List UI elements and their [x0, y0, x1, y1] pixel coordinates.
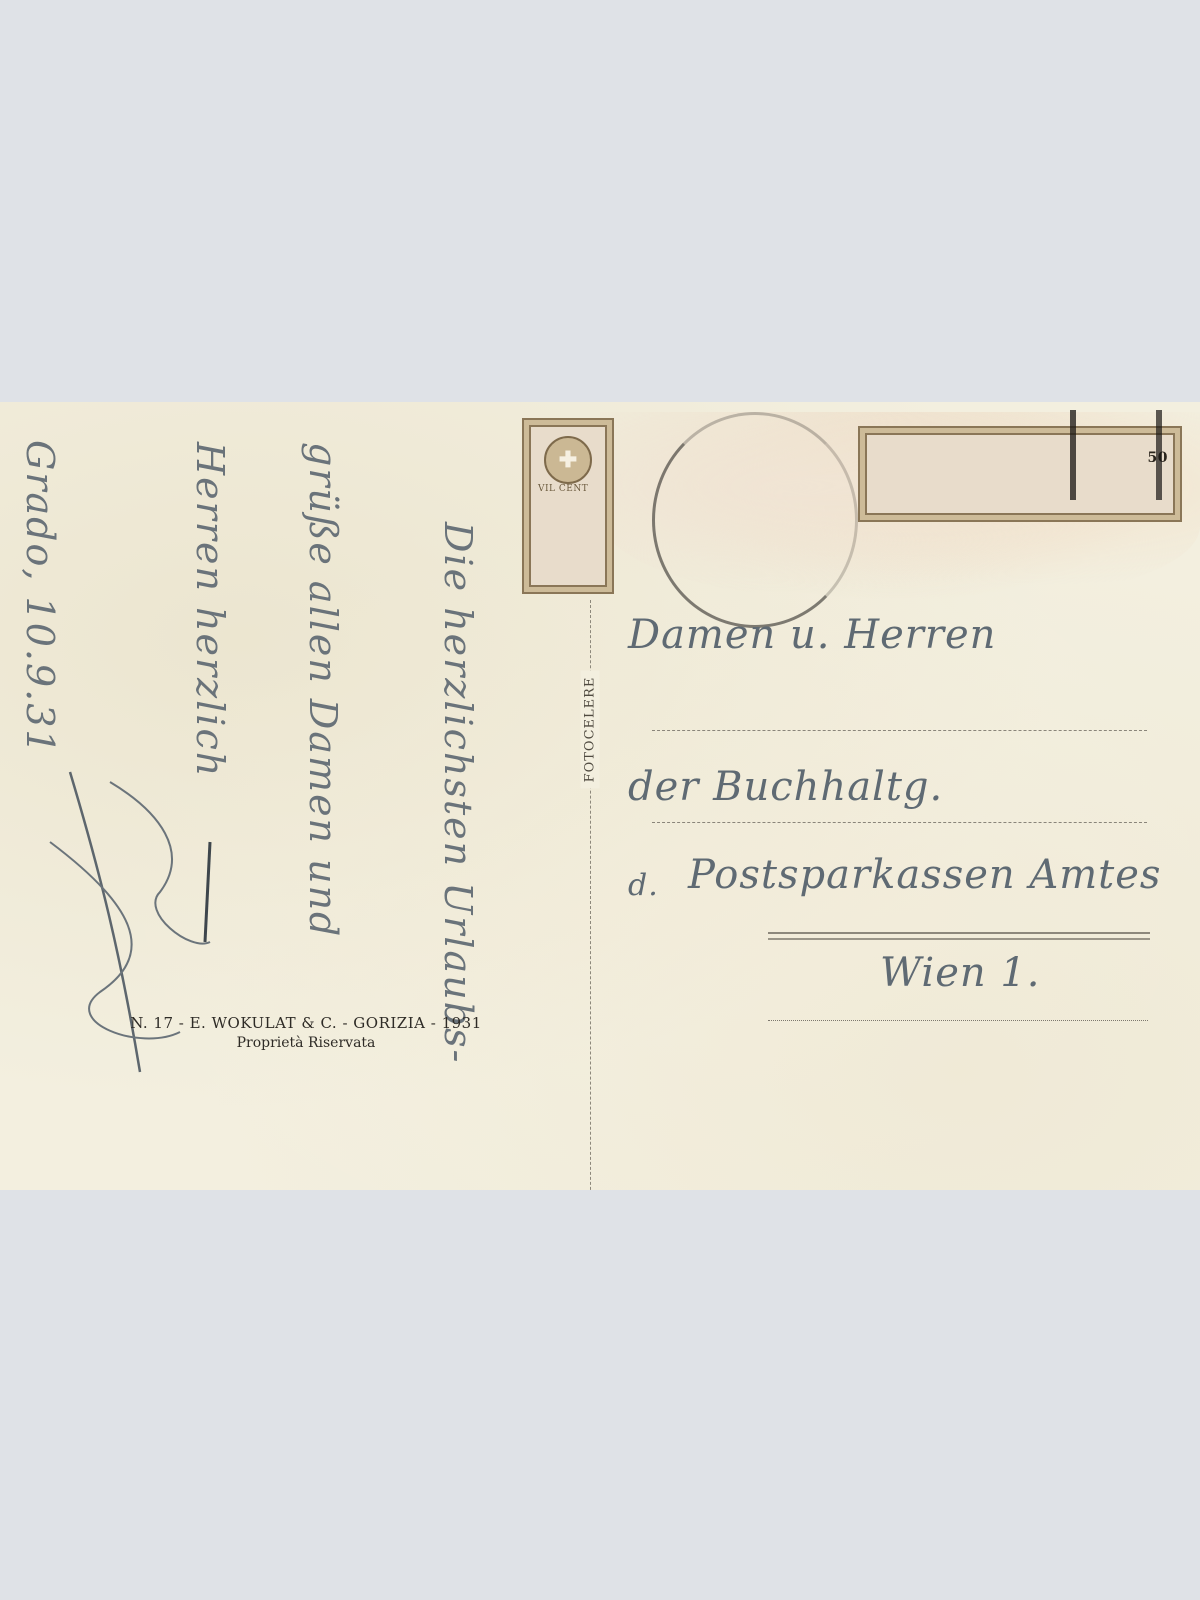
rights-line: Proprietà Riservata — [66, 1034, 546, 1052]
address-line-4: Wien 1. — [880, 950, 1041, 996]
message-column-1: Die herzlichsten Urlaubs- — [436, 522, 480, 1064]
address-rule-2 — [652, 822, 1147, 823]
address-line-2: der Buchhaltg. — [628, 764, 943, 810]
address-rule-1 — [652, 730, 1147, 731]
message-column-3: Herren herzlich — [188, 442, 232, 778]
address-prefix: d. — [628, 868, 659, 903]
address-rule-4 — [768, 1020, 1148, 1021]
postage-stamp-left: ✚ VIL CENT — [522, 418, 614, 594]
savoy-cross-icon: ✚ — [544, 436, 592, 484]
message-place-date: Grado, 10.9.31 — [18, 440, 62, 756]
address-line-3: Postsparkassen Amtes — [688, 852, 1161, 898]
message-column-2: grüße allen Damen und — [301, 442, 345, 938]
postmark-circle — [652, 412, 858, 628]
publisher-imprint: N. 17 - E. WOKULAT & C. - GORIZIA - 1931… — [66, 1014, 546, 1052]
divider-label: FOTOCELERE — [581, 671, 600, 789]
address-line-1: Damen u. Herren — [628, 612, 996, 658]
postmark-cancellation — [1070, 410, 1162, 500]
publisher-line: N. 17 - E. WOKULAT & C. - GORIZIA - 1931 — [66, 1014, 546, 1034]
stamp-value-text: VIL CENT — [538, 484, 588, 494]
postcard: ✚ VIL CENT 50 FOTOCELERE Damen u. Herren… — [0, 402, 1200, 1190]
address-rule-3 — [768, 932, 1150, 940]
